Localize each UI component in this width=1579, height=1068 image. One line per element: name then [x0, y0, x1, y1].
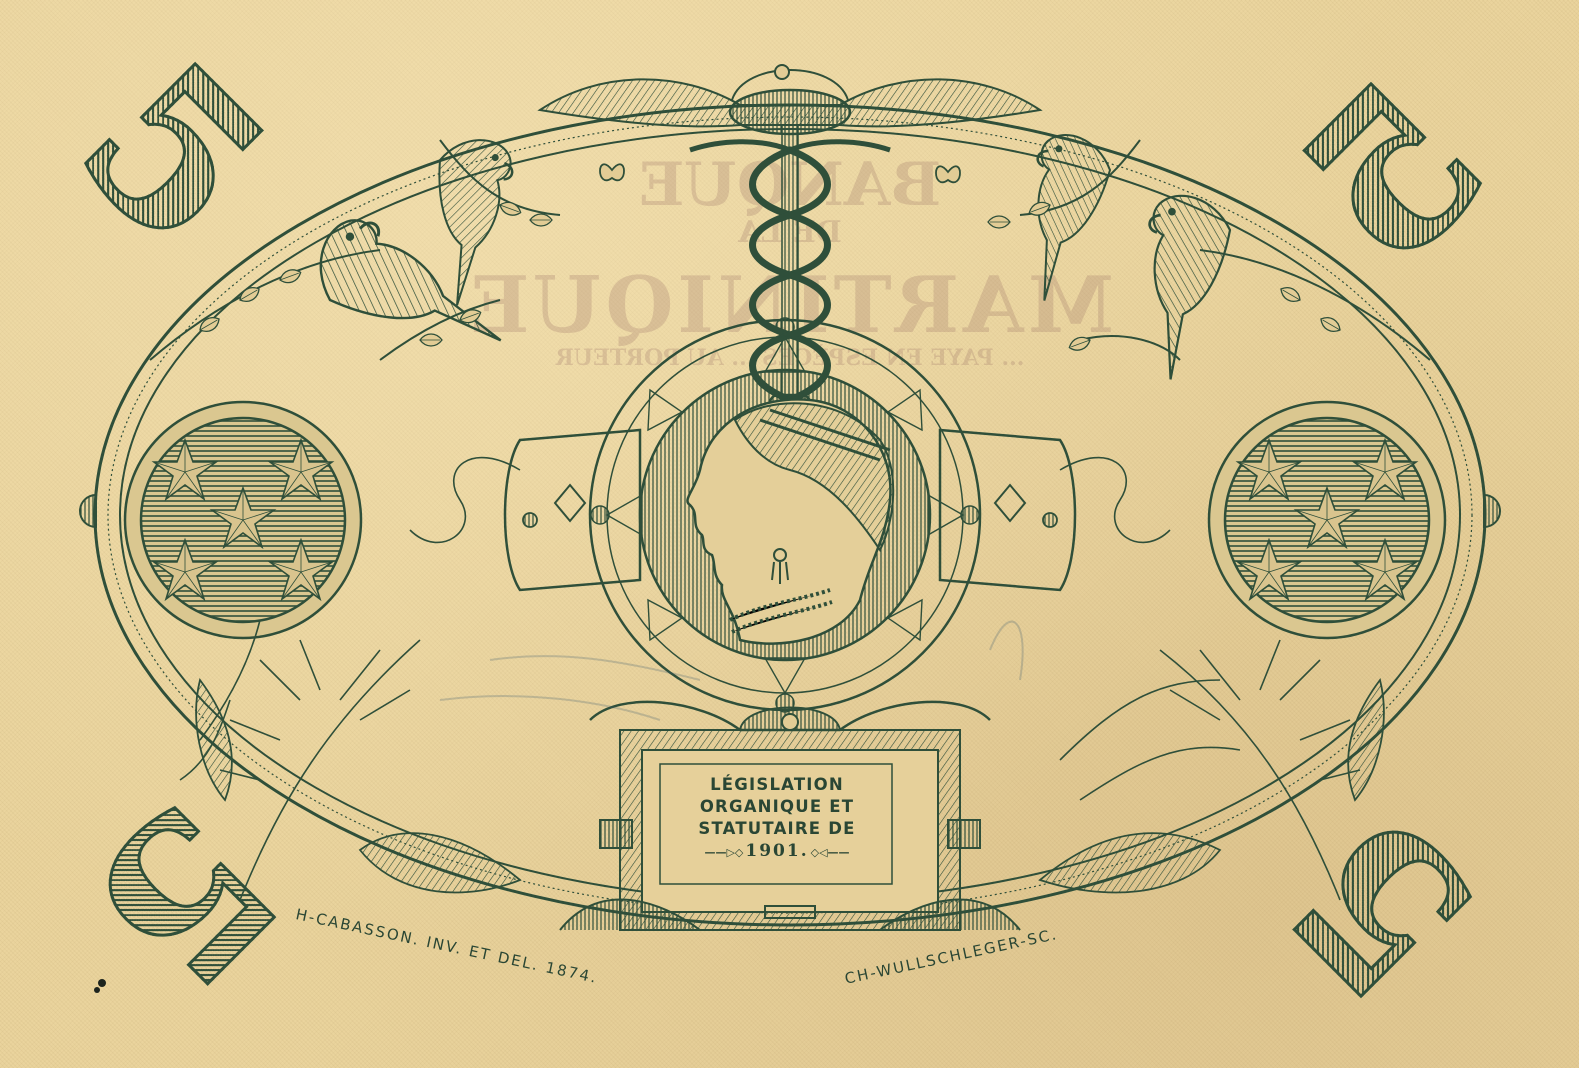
banknote: BANQUE DE LA MARTINIQUE ... PAYE EN ESPÈ… — [0, 0, 1579, 1068]
butterfly-right — [936, 166, 960, 182]
inscription-line-1: LÉGISLATION — [664, 774, 890, 796]
butterfly-left — [600, 164, 624, 180]
parrot-top-right — [1014, 130, 1115, 307]
inscription-year: 1901. — [664, 840, 890, 864]
inscription-line-3: STATUTAIRE DE — [664, 818, 890, 840]
parrot-right — [1136, 193, 1232, 383]
engraving — [0, 0, 1579, 1068]
ink-speck — [98, 979, 106, 987]
winged-crest — [540, 65, 1040, 134]
star-medallion-right — [1209, 402, 1445, 638]
cartouche-inscription: LÉGISLATION ORGANIQUE ET STATUTAIRE DE 1… — [664, 774, 890, 864]
inscription-line-2: ORGANIQUE ET — [664, 796, 890, 818]
star-medallion-left — [125, 402, 361, 638]
portrait-medallion — [590, 318, 980, 712]
